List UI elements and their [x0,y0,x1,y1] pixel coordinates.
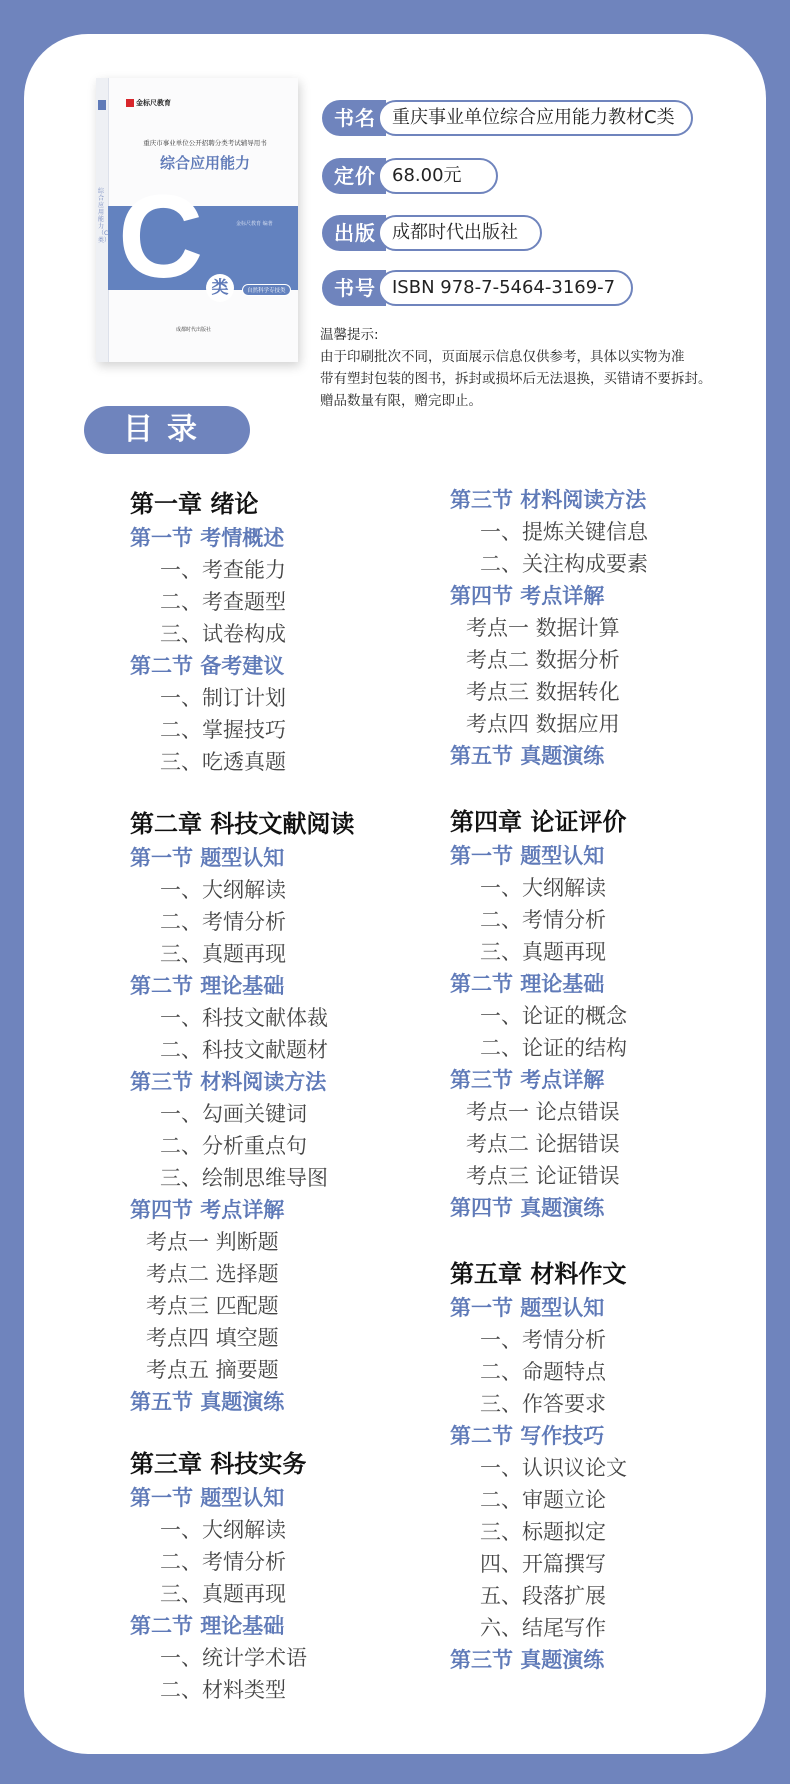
toc-item: 一、考情分析 [480,1324,606,1354]
toc-chapter: 第一章 绪论 [130,484,258,519]
toc-item: 一、论证的概念 [480,1000,627,1030]
cover-series: 重庆市事业单位公开招聘分类考试辅导用书 [120,138,290,147]
toc-chapter: 第五章 材料作文 [450,1254,626,1289]
toc-item: 三、吃透真题 [160,746,286,776]
field-value: 重庆事业单位综合应用能力教材C类 [378,100,693,136]
toc-section: 第一节 题型认知 [130,842,284,872]
toc-section: 第五节 真题演练 [450,740,604,770]
toc-item: 一、科技文献体裁 [160,1002,328,1032]
cover-category: 类 [206,274,234,302]
field-value: ISBN 978-7-5464-3169-7 [378,270,633,306]
toc-item: 三、试卷构成 [160,618,286,648]
toc-section: 第一节 题型认知 [450,1292,604,1322]
toc-item: 六、结尾写作 [480,1612,606,1642]
spine-logo-icon [98,100,106,110]
toc-chapter: 第二章 科技文献阅读 [130,804,354,839]
toc-chapter: 第四章 论证评价 [450,802,626,837]
field-label: 出版 [322,215,386,251]
toc-item: 三、标题拟定 [480,1516,606,1546]
notice-title: 温馨提示: [320,324,712,346]
cover-brand-name: 金标尺教育 [136,98,171,108]
notice: 温馨提示: 由于印刷批次不同，页面展示信息仅供参考，具体以实物为准 带有塑封包装… [320,324,712,412]
toc-item: 四、开篇撰写 [480,1548,606,1578]
toc-item: 一、大纲解读 [480,872,606,902]
toc-item: 二、考情分析 [160,906,286,936]
cover-big-letter: C [118,178,203,296]
cover-publisher: 成都时代出版社 [176,326,211,333]
cover-editor: 金标尺教育 编著 [236,220,273,227]
toc-kaodian: 考点四 填空题 [146,1322,279,1352]
toc-section: 第四节 考点详解 [450,580,604,610]
spine-title: 综合应用能力（C类） [98,188,106,244]
toc-item: 二、考情分析 [160,1546,286,1576]
toc-section: 第五节 真题演练 [130,1386,284,1416]
toc-kaodian: 考点三 匹配题 [146,1290,279,1320]
toc-item: 二、掌握技巧 [160,714,286,744]
toc-section: 第三节 考点详解 [450,1064,604,1094]
notice-line: 带有塑封包装的图书，拆封或损坏后无法退换，买错请不要拆封。 [320,368,712,390]
toc-kaodian: 考点二 数据分析 [466,644,620,674]
toc-item: 三、绘制思维导图 [160,1162,328,1192]
toc-item: 二、分析重点句 [160,1130,307,1160]
toc-item: 一、勾画关键词 [160,1098,307,1128]
toc-item: 二、材料类型 [160,1674,286,1704]
toc-kaodian: 考点二 选择题 [146,1258,279,1288]
toc-kaodian: 考点四 数据应用 [466,708,620,738]
toc-kaodian: 考点一 判断题 [146,1226,279,1256]
field-label: 定价 [322,158,386,194]
toc-section: 第二节 理论基础 [450,968,604,998]
toc-kaodian: 考点五 摘要题 [146,1354,279,1384]
toc-section: 第三节 材料阅读方法 [130,1066,326,1096]
notice-line: 由于印刷批次不同，页面展示信息仅供参考，具体以实物为准 [320,346,712,368]
toc-item: 二、关注构成要素 [480,548,648,578]
toc-section: 第二节 备考建议 [130,650,284,680]
toc-section: 第四节 考点详解 [130,1194,284,1224]
toc-section: 第二节 理论基础 [130,1610,284,1640]
cover-title: 综合应用能力 [120,152,290,173]
toc-section: 第三节 材料阅读方法 [450,484,646,514]
price-field: 定价 68.00元 [322,158,498,194]
toc-kaodian: 考点三 论证错误 [466,1160,620,1190]
toc-item: 二、考查题型 [160,586,286,616]
toc-item: 二、命题特点 [480,1356,606,1386]
cover-brand: 金标尺教育 [126,98,171,108]
publisher-field: 出版 成都时代出版社 [322,215,542,251]
toc-item: 一、提炼关键信息 [480,516,648,546]
toc-item: 一、认识议论文 [480,1452,627,1482]
toc-section: 第二节 理论基础 [130,970,284,1000]
toc-item: 一、制订计划 [160,682,286,712]
field-label: 书号 [322,270,386,306]
toc-item: 三、真题再现 [160,938,286,968]
cover-subject-tag: 自然科学专技类 [242,284,291,296]
toc-section: 第一节 考情概述 [130,522,284,552]
toc-kaodian: 考点一 数据计算 [466,612,620,642]
book-name-field: 书名 重庆事业单位综合应用能力教材C类 [322,100,693,136]
brand-logo-icon [126,99,134,107]
toc-item: 三、作答要求 [480,1388,606,1418]
toc-item: 一、考查能力 [160,554,286,584]
toc-section: 第一节 题型认知 [450,840,604,870]
toc-section: 第三节 真题演练 [450,1644,604,1674]
toc-title-badge: 目录 [84,406,250,454]
toc-chapter: 第三章 科技实务 [130,1444,306,1479]
toc-item: 二、考情分析 [480,904,606,934]
field-value: 成都时代出版社 [378,215,542,251]
toc-item: 一、大纲解读 [160,1514,286,1544]
toc-section: 第一节 题型认知 [130,1482,284,1512]
toc-item: 三、真题再现 [160,1578,286,1608]
field-value: 68.00元 [378,158,498,194]
toc-section: 第二节 写作技巧 [450,1420,604,1450]
field-label: 书名 [322,100,386,136]
book-cover-image: 综合应用能力（C类） 金标尺教育 重庆市事业单位公开招聘分类考试辅导用书 综合应… [96,78,298,362]
toc-item: 二、科技文献题材 [160,1034,328,1064]
isbn-field: 书号 ISBN 978-7-5464-3169-7 [322,270,633,306]
toc-item: 三、真题再现 [480,936,606,966]
toc-item: 一、大纲解读 [160,874,286,904]
toc-kaodian: 考点一 论点错误 [466,1096,620,1126]
notice-line: 赠品数量有限，赠完即止。 [320,390,712,412]
toc-item: 五、段落扩展 [480,1580,606,1610]
toc-section: 第四节 真题演练 [450,1192,604,1222]
toc-item: 一、统计学术语 [160,1642,307,1672]
toc-kaodian: 考点三 数据转化 [466,676,620,706]
toc-item: 二、论证的结构 [480,1032,627,1062]
toc-kaodian: 考点二 论据错误 [466,1128,620,1158]
toc-item: 二、审题立论 [480,1484,606,1514]
